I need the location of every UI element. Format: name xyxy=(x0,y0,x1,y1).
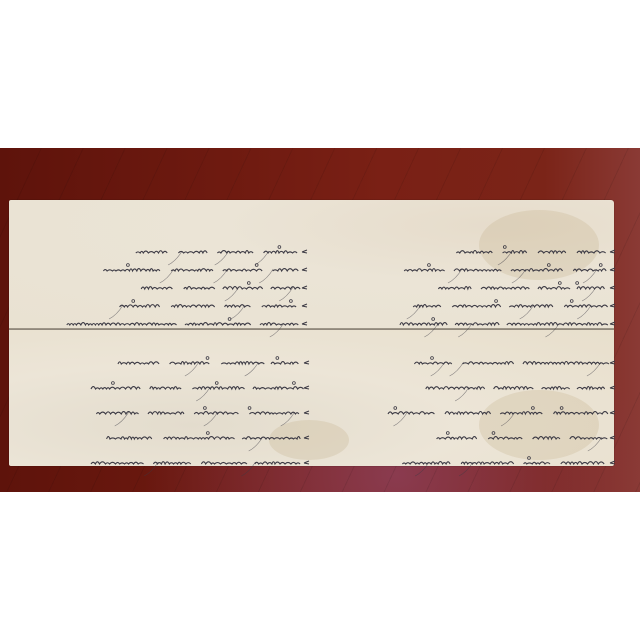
script-word xyxy=(96,412,138,414)
script-word xyxy=(503,251,527,253)
script-word xyxy=(136,251,167,253)
script-word xyxy=(388,412,434,414)
script-word xyxy=(178,251,207,253)
script-word xyxy=(118,362,159,364)
line-end-mark xyxy=(610,268,615,271)
script-word xyxy=(273,269,299,271)
script-word xyxy=(153,462,190,464)
script-word xyxy=(452,305,500,307)
line-end-mark xyxy=(304,436,309,439)
line-end-mark xyxy=(302,322,307,325)
line-end-mark xyxy=(610,436,615,439)
script-word xyxy=(171,269,213,271)
script-word xyxy=(494,387,534,389)
script-word xyxy=(170,362,210,364)
script-word xyxy=(91,387,140,389)
script-word xyxy=(184,287,215,289)
script-word xyxy=(400,323,447,325)
script-word xyxy=(523,362,609,364)
script-word xyxy=(201,462,247,464)
line-end-mark xyxy=(610,461,615,464)
line-end-mark xyxy=(610,304,615,307)
script-word xyxy=(538,287,570,289)
line-end-mark xyxy=(304,361,309,364)
handwritten-script-lines xyxy=(0,0,640,640)
script-word xyxy=(577,387,605,389)
script-word xyxy=(564,305,607,307)
script-word xyxy=(554,412,608,414)
script-word xyxy=(141,287,172,289)
script-word xyxy=(445,412,491,414)
script-word xyxy=(507,323,608,325)
script-word xyxy=(242,437,300,439)
script-word xyxy=(437,437,477,439)
script-word xyxy=(148,412,184,414)
script-word xyxy=(192,387,244,389)
script-word xyxy=(488,437,522,439)
script-word xyxy=(511,269,562,271)
script-word xyxy=(561,462,604,464)
line-end-mark xyxy=(304,386,309,389)
script-word xyxy=(404,269,444,271)
script-word xyxy=(120,305,160,307)
script-word xyxy=(260,323,298,325)
line-end-mark xyxy=(610,322,615,325)
script-word xyxy=(217,251,253,253)
script-word xyxy=(455,323,499,325)
script-word xyxy=(271,287,300,289)
script-word xyxy=(91,462,144,464)
script-word xyxy=(255,462,300,464)
script-word xyxy=(438,287,471,289)
line-end-mark xyxy=(610,386,615,389)
script-word xyxy=(577,251,606,253)
script-word xyxy=(185,323,251,325)
script-word xyxy=(456,251,492,253)
script-word xyxy=(573,269,606,271)
script-word xyxy=(524,462,550,464)
line-end-mark xyxy=(304,411,309,414)
script-word xyxy=(538,251,566,253)
script-word xyxy=(103,269,159,271)
script-word xyxy=(253,387,304,389)
script-word xyxy=(577,287,604,289)
script-word xyxy=(533,437,560,439)
script-word xyxy=(107,437,152,439)
script-word xyxy=(194,412,238,414)
script-word xyxy=(271,362,298,364)
script-word xyxy=(402,462,450,464)
line-end-mark xyxy=(610,286,615,289)
script-word xyxy=(481,287,529,289)
line-end-mark xyxy=(610,250,615,253)
script-word xyxy=(223,287,263,289)
script-word xyxy=(426,387,485,389)
script-word xyxy=(509,305,553,307)
line-end-mark xyxy=(302,304,307,307)
script-word xyxy=(171,305,214,307)
script-word xyxy=(414,362,451,364)
script-word xyxy=(500,412,542,414)
script-word xyxy=(413,305,441,307)
line-end-mark xyxy=(304,461,309,464)
line-end-mark xyxy=(610,411,615,414)
script-word xyxy=(67,323,177,325)
script-word xyxy=(223,269,262,271)
line-end-mark xyxy=(302,268,307,271)
line-end-mark xyxy=(302,286,307,289)
script-word xyxy=(542,387,570,389)
script-word xyxy=(461,462,513,464)
script-word xyxy=(462,362,513,364)
script-word xyxy=(225,305,251,307)
script-word xyxy=(249,412,298,414)
script-word xyxy=(262,305,296,307)
script-word xyxy=(164,437,235,439)
line-end-mark xyxy=(302,250,307,253)
line-end-mark xyxy=(610,361,615,364)
script-word xyxy=(150,387,181,389)
